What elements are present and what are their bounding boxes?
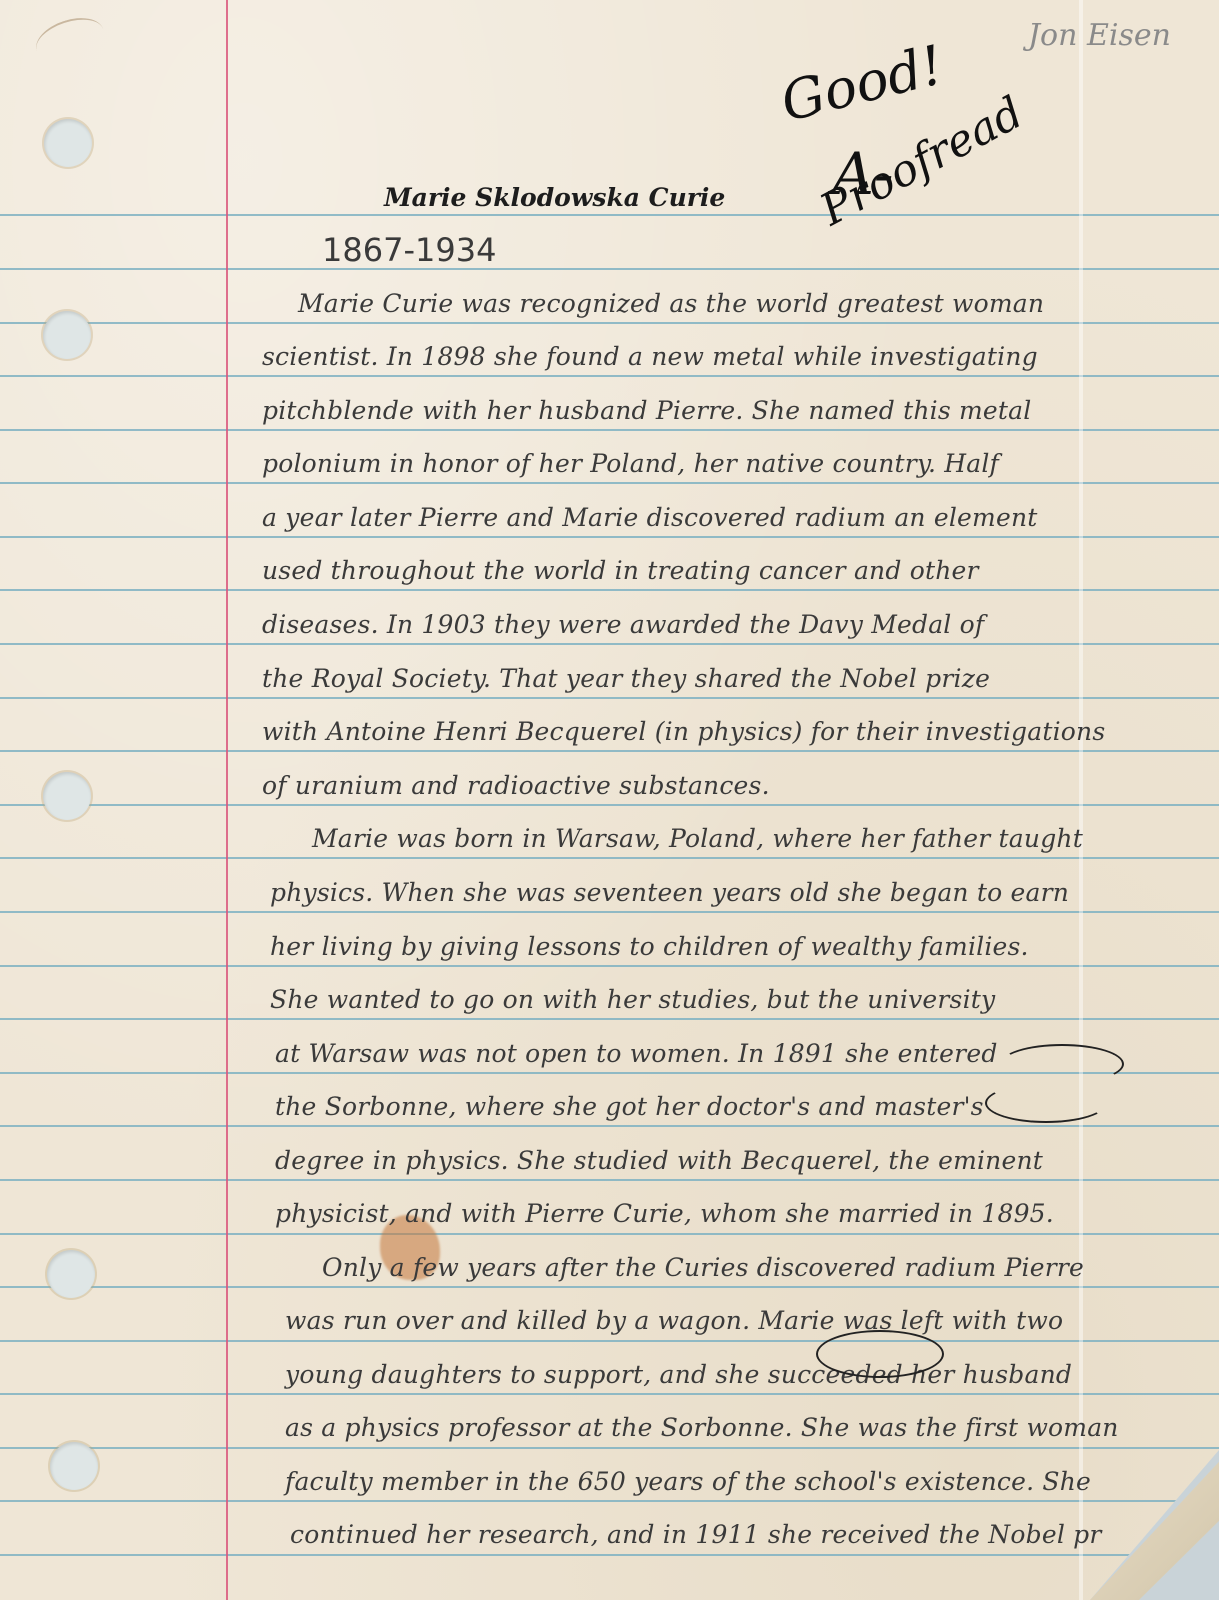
essay-line: scientist. In 1898 she found a new metal… <box>262 342 1038 371</box>
essay-line: her living by giving lessons to children… <box>270 932 1029 961</box>
essay-line: diseases. In 1903 they were awarded the … <box>262 610 984 639</box>
essay-line: was run over and killed by a wagon. Mari… <box>285 1306 1063 1335</box>
ruled-line <box>0 536 1219 538</box>
essay-line: Only a few years after the Curies discov… <box>322 1253 1084 1282</box>
ruled-line <box>0 750 1219 752</box>
essay-line: polonium in honor of her Poland, her nat… <box>262 449 999 478</box>
ruled-line <box>0 1554 1219 1556</box>
essay-line: as a physics professor at the Sorbonne. … <box>285 1413 1119 1442</box>
ruled-line <box>0 322 1219 324</box>
essay-line: degree in physics. She studied with Becq… <box>275 1146 1043 1175</box>
punch-hole <box>44 119 92 167</box>
student-signature: Jon Eisen <box>1028 18 1171 53</box>
ruled-line <box>0 1125 1219 1127</box>
ruled-line <box>0 1233 1219 1235</box>
ruled-line <box>0 375 1219 377</box>
essay-line: physicist, and with Pierre Curie, whom s… <box>275 1199 1054 1228</box>
essay-line: continued her research, and in 1911 she … <box>290 1520 1102 1549</box>
ruled-line <box>0 214 1219 216</box>
essay-line: Marie was born in Warsaw, Poland, where … <box>312 824 1083 853</box>
essay-line: the Sorbonne, where she got her doctor's… <box>275 1092 984 1121</box>
swap-arrow-icon <box>1000 1044 1124 1084</box>
ruled-line <box>0 697 1219 699</box>
ruled-line <box>0 482 1219 484</box>
circled-word-mark <box>816 1330 944 1378</box>
bleed-through-line <box>1079 0 1083 1600</box>
swap-arrow-icon <box>985 1083 1107 1123</box>
ruled-line <box>0 911 1219 913</box>
ruled-line <box>0 1179 1219 1181</box>
punch-hole <box>43 311 91 359</box>
essay-dates: 1867-1934 <box>322 231 496 269</box>
ruled-line <box>0 1447 1219 1449</box>
essay-title: Marie Sklodowska Curie <box>384 183 725 212</box>
ruled-line <box>0 965 1219 967</box>
margin-line <box>226 0 228 1600</box>
teacher-comment: Good! <box>775 33 950 134</box>
ruled-line <box>0 589 1219 591</box>
punch-hole <box>47 1250 95 1298</box>
essay-line: Marie Curie was recognized as the world … <box>298 289 1044 318</box>
essay-line: of uranium and radioactive substances. <box>262 771 770 800</box>
essay-line: pitchblende with her husband Pierre. She… <box>262 396 1031 425</box>
ruled-line <box>0 429 1219 431</box>
ruled-line <box>0 1500 1219 1502</box>
ruled-line <box>0 268 1219 270</box>
essay-line: used throughout the world in treating ca… <box>262 556 979 585</box>
essay-line: young daughters to support, and she succ… <box>285 1360 1072 1389</box>
ruled-line <box>0 804 1219 806</box>
punch-hole <box>50 1442 98 1490</box>
essay-line: a year later Pierre and Marie discovered… <box>262 503 1038 532</box>
punch-hole <box>43 772 91 820</box>
ruled-line <box>0 857 1219 859</box>
essay-line: the Royal Society. That year they shared… <box>262 664 990 693</box>
paper-tear <box>31 10 110 70</box>
essay-line: at Warsaw was not open to women. In 1891… <box>275 1039 998 1068</box>
ruled-line <box>0 1340 1219 1342</box>
ruled-line <box>0 1018 1219 1020</box>
essay-line: faculty member in the 650 years of the s… <box>285 1467 1091 1496</box>
essay-line: She wanted to go on with her studies, bu… <box>270 985 995 1014</box>
essay-line: physics. When she was seventeen years ol… <box>270 878 1069 907</box>
ruled-line <box>0 1393 1219 1395</box>
notebook-page: Jon Eisen Marie Sklodowska Curie 1867-19… <box>0 0 1219 1600</box>
essay-line: with Antoine Henri Becquerel (in physics… <box>262 717 1105 746</box>
ruled-line <box>0 643 1219 645</box>
ruled-line <box>0 1286 1219 1288</box>
